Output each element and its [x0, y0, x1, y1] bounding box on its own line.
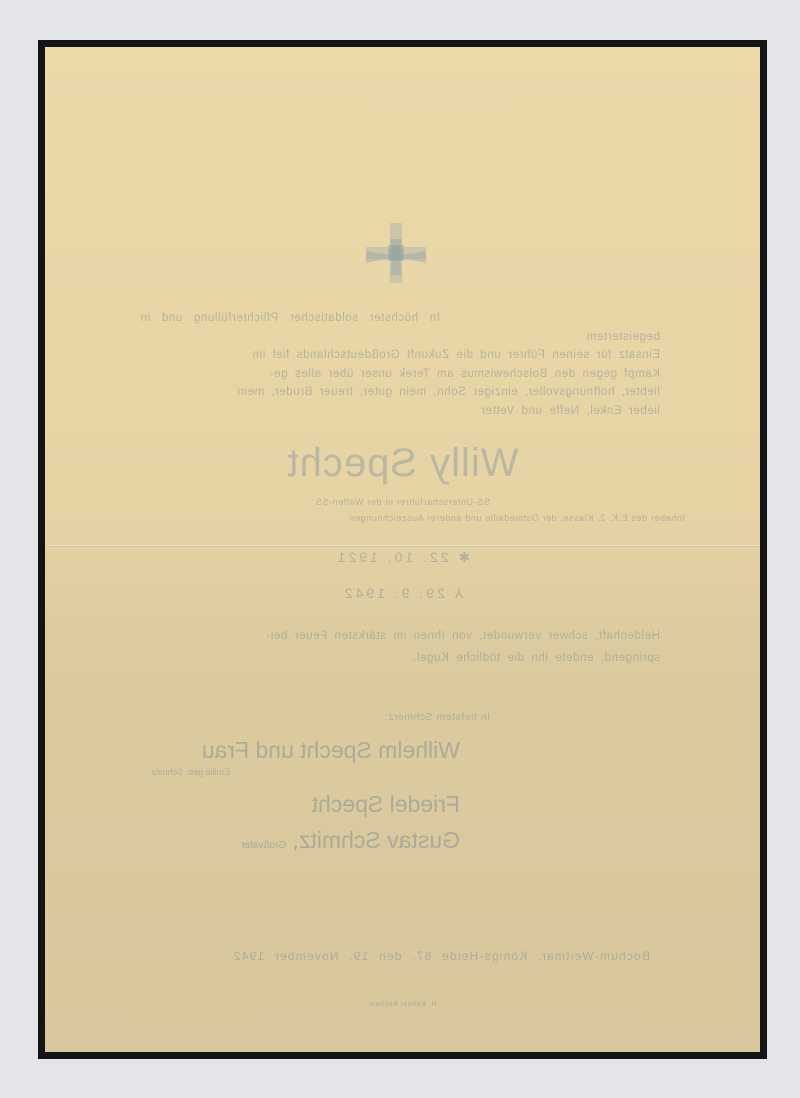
family-member: Friedel Specht	[312, 791, 460, 818]
intro-line: Einsatz für seinen Führer und die Zukunf…	[140, 346, 660, 365]
intro-line: In höchster soldatischer Pflichterfüllun…	[140, 309, 660, 346]
printer-credit: H. Kühnel Bochum	[45, 1001, 760, 1008]
deceased-awards: Inhaber des E.K. 2. Klasse, der Ostmedai…	[125, 513, 685, 523]
family-member-name: Gustav Schmitz,	[293, 827, 460, 853]
intro-line: lieber Enkel, Neffe und Vetter	[140, 402, 660, 421]
death-line: Heldenhaft, schwer verwundet, von Ihnen …	[130, 625, 660, 647]
family-member: Gustav Schmitz, Großvater	[241, 827, 460, 854]
intro-line: liebter, hoffnungsvoller, einziger Sohn,…	[140, 383, 660, 402]
family-member-note: Emilie geb. Schmitz	[151, 767, 230, 777]
intro-line: Kampf gegen den Bolschewismus am Terek u…	[140, 365, 660, 384]
deceased-name: Willy Specht	[45, 441, 760, 486]
memorial-card: In höchster soldatischer Pflichterfüllun…	[38, 40, 767, 1059]
birth-date: ✱ 22. 10. 1921	[45, 549, 760, 566]
family-member: Wilhelm Specht und Frau	[202, 737, 460, 764]
family-member-note: Großvater	[241, 840, 286, 851]
death-line: springend, endete ihn die tödliche Kugel…	[130, 647, 660, 669]
deceased-rank: SS-Unterscharführer in der Waffen-SS	[45, 497, 760, 507]
grief-line: In tiefstem Schmerz:	[384, 711, 490, 723]
death-paragraph: Heldenhaft, schwer verwundet, von Ihnen …	[130, 625, 660, 669]
place-date: Bochum-Weitmar, Königs-Heide 67, den 19.…	[233, 949, 650, 963]
death-date: ⅄ 29. 9. 1942	[45, 585, 760, 602]
intro-paragraph: In höchster soldatischer Pflichterfüllun…	[140, 309, 660, 420]
show-through-text: In höchster soldatischer Pflichterfüllun…	[45, 47, 760, 1052]
